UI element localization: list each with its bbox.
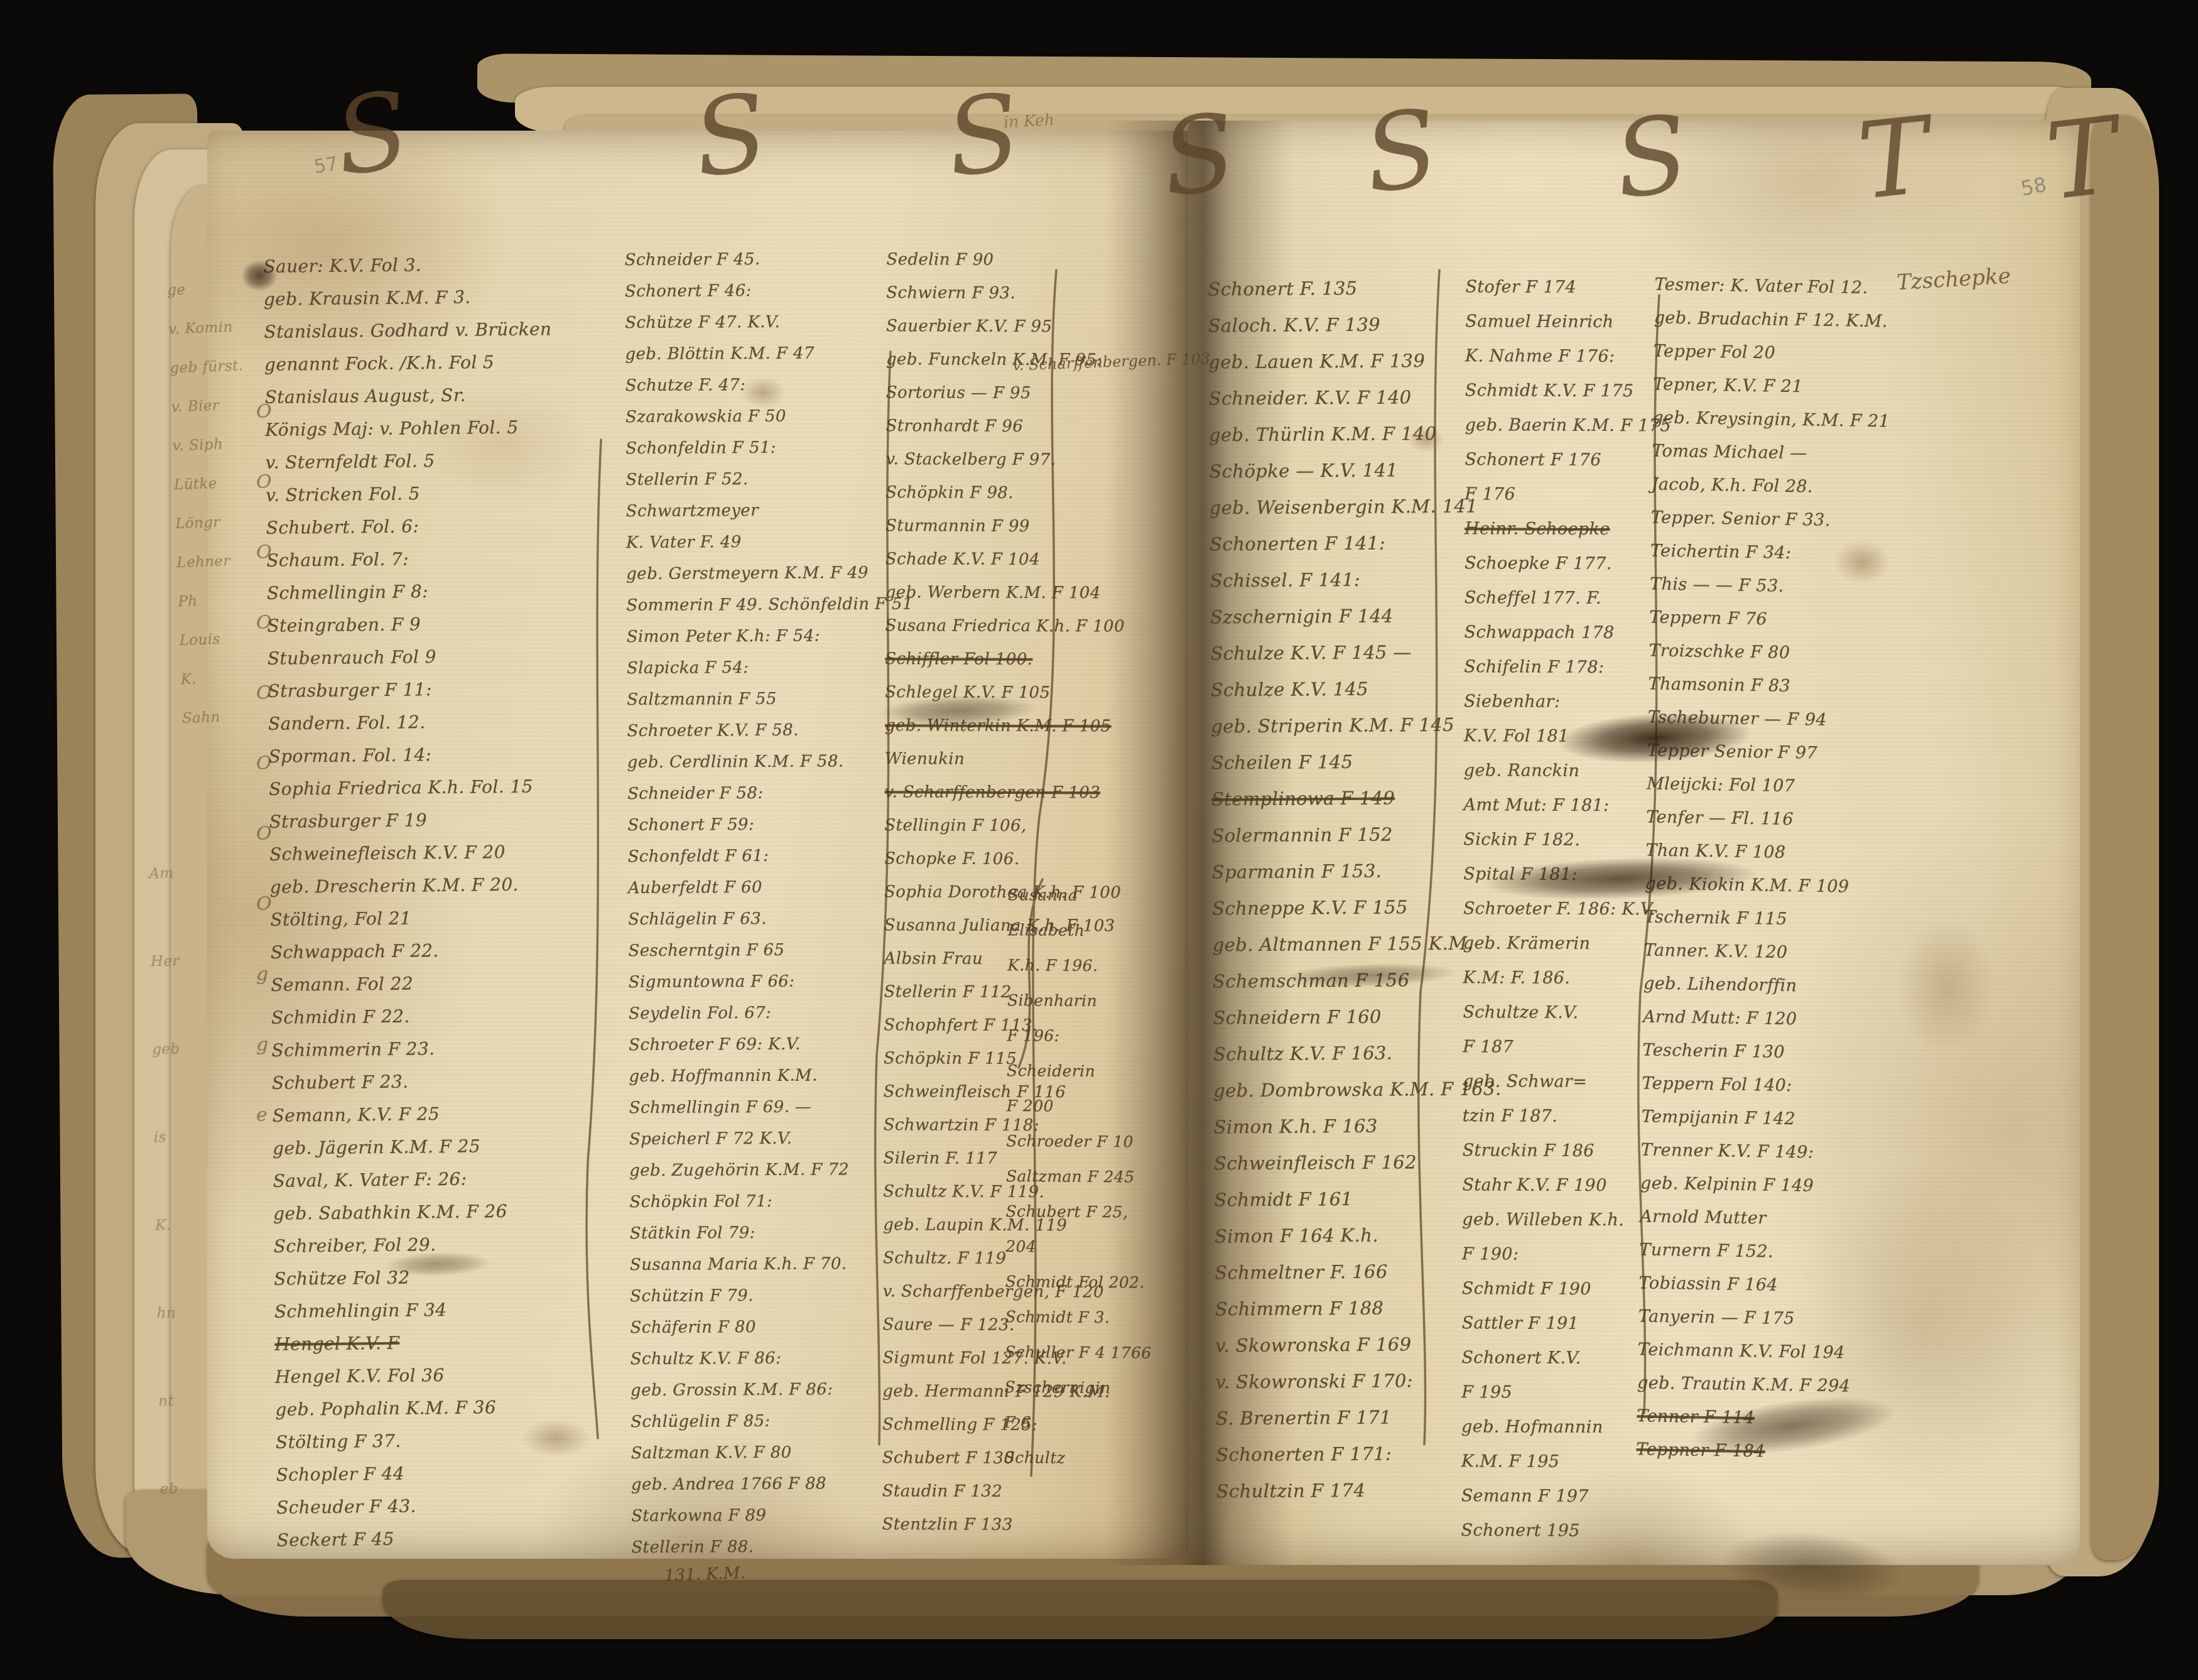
register-entry: v. Sternfeldt Fol. 5 <box>265 443 617 479</box>
register-entry: geb. Dombrowska K.M. F 163. <box>1213 1070 1490 1108</box>
edge-fragment: Sahn <box>181 695 302 738</box>
register-entry: Mleijcki: Fol 107 <box>1647 767 1930 805</box>
register-entry: Sortorius — F 95 <box>886 376 1144 410</box>
edge-fragment: geb <box>151 1004 247 1094</box>
section-letter-s: S <box>688 79 773 193</box>
register-entry: Szschernigin <box>1004 1370 1161 1406</box>
register-entry: Sporman. Fol. 14: <box>268 737 620 773</box>
register-entry: Tanner. K.V. 120 <box>1644 933 1927 971</box>
edge-fragment: v. Siph <box>172 423 293 466</box>
register-entry: F 6 <box>1004 1405 1161 1441</box>
register-entry: Sibenharin <box>1007 983 1164 1019</box>
register-entry: Tenfer — Fl. 116 <box>1646 800 1929 838</box>
register-entry: Arnd Mutt: F 120 <box>1643 1000 1926 1038</box>
register-entry: Saltzmannin F 55 <box>627 683 903 715</box>
register-entry: geb. Zugehörin K.M. F 72 <box>629 1154 906 1186</box>
register-entry: Schultz K.V. F 86: <box>631 1342 907 1375</box>
register-entry: Schimmern F 188 <box>1215 1289 1491 1327</box>
register-entry: Sauerbier K.V. F 95 <box>886 310 1144 344</box>
register-entry: Szarakowskia F 50 <box>625 400 902 433</box>
register-entry: geb. Andrea 1766 F 88 <box>631 1468 907 1500</box>
torn-edge-fragments-upper: gev. Komingeb fürst.v. Bierv. SiphLütkeL… <box>166 267 302 738</box>
register-entry: Schweinefleisch K.V. F 20 <box>269 835 622 871</box>
register-entry: Simon F 164 K.h. <box>1215 1216 1491 1254</box>
register-entry: Thamsonin F 83 <box>1648 668 1931 705</box>
register-entry: Schneider F 58: <box>627 777 904 810</box>
register-entry: Tesmer: K. Vater Fol 12. <box>1654 268 1937 306</box>
register-entry: v. Scharffenbergen F 103 <box>884 776 1142 810</box>
register-entry: v. Stackelberg F 97. <box>885 443 1143 477</box>
edge-fragment: Lütke <box>173 462 294 505</box>
footer-note: 131. K.M. <box>664 1564 746 1585</box>
edge-fragment: K. <box>180 656 301 700</box>
register-entry: Stölting F 37. <box>276 1423 628 1459</box>
edge-fragment: Louis <box>179 617 300 661</box>
register-entry: Tschernik F 115 <box>1644 900 1927 938</box>
register-entry: Schonert F. 135 <box>1208 269 1484 307</box>
edge-fragment: geb fürst. <box>169 345 290 388</box>
register-entry: Auberfeldt F 60 <box>628 871 904 904</box>
edge-fragment: eb <box>159 1444 254 1534</box>
register-entry: Scheiderin <box>1007 1053 1164 1090</box>
register-entry: Teppern F 76 <box>1649 601 1932 639</box>
register-entry: Schweinfleisch F 162 <box>1214 1143 1490 1181</box>
register-entry: geb. Grossin K.M. F 86: <box>631 1374 907 1406</box>
pencil-page-number-left: 57 <box>312 153 339 178</box>
register-entry: Turnern F 152. <box>1639 1233 1922 1271</box>
register-entry: F 196: <box>1007 1018 1164 1054</box>
register-entry: Arnold Mutter <box>1640 1200 1923 1237</box>
edge-fragment: Am <box>148 828 244 918</box>
margin-glyph: O <box>256 729 281 799</box>
register-entry: Susanna Maria K.h. F 70. <box>630 1248 906 1281</box>
register-entry: Hengel K.V. Fol 36 <box>275 1357 627 1394</box>
register-entry: Schroeder F 10 <box>1006 1124 1163 1160</box>
section-letter-s: S <box>1358 95 1444 209</box>
register-entry: Sedelin F 90 <box>886 243 1144 277</box>
register-entry: Tepper. Senior F 33. <box>1650 501 1934 539</box>
register-entry: geb. Pophalin K.M. F 36 <box>275 1390 627 1426</box>
register-entry: geb. Gerstmeyern K.M. F 49 <box>626 557 902 590</box>
register-entry: Stellingin F 106, <box>884 809 1142 843</box>
register-entry: Schneidern F 160 <box>1213 997 1489 1036</box>
register-entry: geb. Krausin K.M. F 3. <box>264 279 616 316</box>
register-entry: Saloch. K.V. F 139 <box>1208 305 1485 344</box>
register-entry: Sigmuntowna F 66: <box>629 965 905 998</box>
register-entry: Schubert F 25, <box>1005 1194 1162 1230</box>
register-entry: Schultz <box>1004 1440 1161 1477</box>
register-entry: Schöpkin Fol 71: <box>629 1185 906 1218</box>
register-entry: geb. Werbern K.M. F 104 <box>885 576 1143 610</box>
register-entry: Tempijanin F 142 <box>1641 1100 1924 1137</box>
register-entry: Schissel. F 141: <box>1210 560 1486 599</box>
register-entry: Schroeter K.V. F 58. <box>627 714 903 747</box>
register-entry: Schmidin F 22. <box>271 998 624 1034</box>
register-entry: Seydelin Fol. 67: <box>629 997 905 1029</box>
register-entry: 204 <box>1005 1229 1162 1265</box>
register-entry: Saval, K. Vater F: 26: <box>273 1161 625 1198</box>
register-entry: Sommerin F 49. Schönfeldin F 51 <box>626 588 902 621</box>
register-entry: Königs Maj: v. Pohlen Fol. 5 <box>265 410 617 447</box>
margin-glyph: O <box>256 869 281 940</box>
margin-glyph: g <box>256 1010 281 1080</box>
register-entry: Schäferin F 80 <box>630 1311 906 1343</box>
register-entry: Stentzlin F 133 <box>882 1508 1139 1542</box>
edge-fragment: v. Komin <box>168 306 288 349</box>
edge-fragment: Lehner <box>176 539 296 583</box>
top-edge-fragment: in Keh <box>1003 111 1054 131</box>
register-entry: Wienukin <box>885 742 1142 776</box>
register-entry: Schlägelin F 63. <box>628 902 904 935</box>
register-entry: Strasburger F 19 <box>269 802 621 838</box>
register-entry: Hengel K.V. F <box>274 1325 627 1361</box>
pencil-page-number-right: 58 <box>2019 172 2049 200</box>
register-entry: Schneider. K.V. F 140 <box>1208 378 1485 416</box>
register-entry: Sandern. Fol. 12. <box>268 704 620 740</box>
register-entry: Starkowna F 89 <box>631 1499 907 1532</box>
register-entry: Schöpkin F 98. <box>885 476 1143 510</box>
edge-fragment: Ph <box>177 578 298 622</box>
register-entry: Schmeltner F. 166 <box>1215 1252 1491 1291</box>
register-entry: Steingraben. F 9 <box>267 606 619 642</box>
register-entry: Stellerin F 52. <box>625 463 902 496</box>
register-entry: Schade K.V. F 104 <box>885 543 1143 577</box>
register-entry: Schimmerin F 23. <box>271 1031 624 1067</box>
register-entry: Scheuder F 43. <box>276 1488 629 1524</box>
register-entry: Jacob, K.h. Fol 28. <box>1651 468 1934 506</box>
register-entry: Schwiern F 93. <box>886 276 1144 310</box>
register-entry: Stätkin Fol 79: <box>630 1217 906 1249</box>
edge-fragment: Löngr <box>175 501 295 544</box>
edge-fragment: v. Bier <box>171 384 291 427</box>
register-entry: Schulze K.V. 145 <box>1211 669 1487 708</box>
register-entry: Elisabeth <box>1008 913 1165 949</box>
section-letter-s: S <box>1610 100 1694 214</box>
register-entry: geb. Jägerin K.M. F 25 <box>273 1129 625 1165</box>
register-entry: geb. Blöttin K.M. F 47 <box>625 337 901 370</box>
register-entry: Schonert F 46: <box>625 274 901 307</box>
register-entry: Tobiassin F 164 <box>1638 1266 1922 1304</box>
register-entry: Schubert F 23. <box>272 1063 624 1100</box>
register-entry: Schonert F 59: <box>627 808 904 841</box>
register-entry: geb. Thürlin K.M. F 140 <box>1209 415 1485 453</box>
section-letter-t: T <box>1853 102 1934 215</box>
register-entry: This — — F 53. <box>1650 568 1933 605</box>
edge-fragment: nt <box>158 1356 253 1446</box>
register-entry: Schulze K.V. F 145 — <box>1210 633 1486 671</box>
register-entry: Solermannin F 152 <box>1211 815 1488 854</box>
register-entry: v. Skowronski F 170: <box>1215 1362 1491 1400</box>
register-entry: Tanyerin — F 175 <box>1638 1299 1921 1337</box>
register-entry: geb. Cerdlinin K.M. F 58. <box>627 745 904 778</box>
register-entry: Schubert. Fol. 6: <box>266 508 618 545</box>
register-entry: Stellerin F 88. <box>631 1531 907 1563</box>
register-entry: geb. Kreysingin, K.M. F 21 <box>1652 401 1935 439</box>
register-entry: geb. Trautin K.M. F 294 <box>1637 1366 1920 1404</box>
register-entry: Schöpke — K.V. 141 <box>1209 451 1485 489</box>
register-entry: Schiffler Fol 100. <box>885 642 1142 676</box>
margin-glyph: e <box>256 1080 281 1151</box>
register-entry: geb. Weisenbergin K.M. 141 <box>1210 487 1486 526</box>
register-entry: Schütze F 47. K.V. <box>625 306 901 339</box>
register-entry: Schaum. Fol. 7: <box>266 541 619 577</box>
register-entry: Schroeter F 69: K.V. <box>629 1028 905 1061</box>
register-entry: Saltzman F 245 <box>1006 1159 1163 1195</box>
register-entry: geb. Lihendorffin <box>1643 967 1927 1004</box>
register-entry: Tepner, K.V. F 21 <box>1653 368 1936 406</box>
register-entry: Saltzman K.V. F 80 <box>631 1436 907 1469</box>
register-entry: Semann, K.V. F 25 <box>272 1096 624 1132</box>
register-entry: Tomas Michael — <box>1652 435 1935 472</box>
register-entry: geb. Striperin K.M. F 145 <box>1211 706 1487 744</box>
register-entry: Stubenrauch Fol 9 <box>268 639 620 675</box>
register-entry: Schützin F 79. <box>630 1279 906 1312</box>
register-entry: Trenner K.V. F 149: <box>1641 1133 1924 1171</box>
register-entry: Simon Peter K.h: F 54: <box>627 620 903 653</box>
register-entry: Schultz K.V. F 163. <box>1213 1034 1490 1072</box>
register-entry: Schmellingin F 69. — <box>629 1091 906 1124</box>
register-entry: Schopler F 44 <box>276 1455 628 1492</box>
edge-fragment: is <box>153 1092 249 1182</box>
register-entry: Schmidt F 161 <box>1214 1179 1490 1218</box>
register-entry: Schneider F 45. <box>625 243 901 276</box>
register-entry: Teichmann K.V. Fol 194 <box>1638 1333 1921 1370</box>
register-entry: v. Stricken Fol. 5 <box>266 475 618 512</box>
register-entry: F 200 <box>1007 1088 1164 1125</box>
register-entry: Schuller F 4 1766 <box>1005 1335 1162 1371</box>
register-entry: geb. Hoffmannin K.M. <box>629 1059 905 1092</box>
register-entry: geb. Altmannen F 155 K.M. <box>1212 924 1488 963</box>
ink-blot <box>241 260 278 291</box>
section-letter-s: S <box>330 77 415 191</box>
register-entry: geb. Lauen K.M. F 139 <box>1208 342 1485 380</box>
register-entry: geb. Brudachin F 12. K.M. <box>1654 301 1937 339</box>
register-entry: Schmidt F 3. <box>1005 1299 1162 1336</box>
margin-glyph: g <box>256 940 281 1010</box>
register-entry: Stanislaus August, Sr. <box>264 377 617 414</box>
manuscript-photo: 57 58 S Sauer: K.V. Fol 3.geb. Krausin K… <box>0 0 2198 1680</box>
register-entry: Semann. Fol 22 <box>271 965 623 1002</box>
register-entry: Teppern Fol 140: <box>1642 1066 1925 1104</box>
section-letter-s: S <box>941 79 1026 192</box>
register-entry: Schopke F. 106. <box>884 842 1142 876</box>
register-entry: Seckert F 45 <box>276 1520 629 1557</box>
register-entry: Stronhardt F 96 <box>885 409 1143 443</box>
register-entry: Schonerten F 171: <box>1216 1434 1492 1473</box>
register-entry: genannt Fock. /K.h. Fol 5 <box>264 345 617 381</box>
register-entry: Stemplinowa F 149 <box>1211 779 1488 817</box>
register-entry: Staudin F 132 <box>882 1475 1140 1509</box>
register-entry: Tescherin F 130 <box>1642 1033 1925 1071</box>
register-entry: Schneppe K.V. F 155 <box>1212 888 1488 926</box>
register-entry: Slapicka F 54: <box>627 651 903 684</box>
column-s-2: S Schneider F 45.Schonert F 46:Schütze F… <box>625 243 908 1563</box>
register-entry: Troizschke F 80 <box>1648 634 1932 672</box>
register-entry: geb. Drescherin K.M. F 20. <box>269 867 622 904</box>
register-entry: K.h. F 196. <box>1007 948 1164 984</box>
register-entry: Sauer: K.V. Fol 3. <box>263 247 615 283</box>
column-t-2: T Tzschepke <box>1897 263 2110 290</box>
edge-fragment: hn <box>156 1268 251 1358</box>
register-entry: Stanislaus. Godhard v. Brücken <box>264 312 616 349</box>
register-entry: Semann F 197 <box>1461 1478 1713 1514</box>
register-entry: Scheilen F 145 <box>1211 742 1487 781</box>
register-entry: geb. Kelpinin F 149 <box>1640 1166 1924 1204</box>
register-entry: Simon K.h. F 163 <box>1213 1107 1490 1145</box>
register-entry: K. Vater F. 49 <box>626 526 902 558</box>
edge-fragment: Her <box>150 916 246 1006</box>
register-entry: Strasburger F 11: <box>268 671 620 708</box>
register-entry: Susanna <box>1008 877 1165 914</box>
torn-edge-fragments-lower: AmHergebisK.hnnteb <box>148 828 255 1533</box>
section-letter-s: S <box>1157 99 1241 212</box>
register-entry: S. Brenertin F 171 <box>1216 1398 1492 1436</box>
register-entry: Sturmannin F 99 <box>885 509 1143 543</box>
register-entry: Schlügelin F 85: <box>631 1405 907 1438</box>
register-entry: Schultzin F 174 <box>1216 1471 1492 1509</box>
register-entry: geb. Sabathkin K.M. F 26 <box>273 1194 625 1230</box>
register-entry: Sparmanin F 153. <box>1212 852 1488 890</box>
register-entry: Schonert 195 <box>1461 1513 1712 1548</box>
column-s-5: S Schonert F. 135Saloch. K.V. F 139geb. … <box>1208 269 1493 1509</box>
register-entry: Szschernigin F 144 <box>1210 597 1486 635</box>
register-entry: Schmellingin F 8: <box>267 573 619 610</box>
register-entry: Schwartzmeyer <box>626 494 902 527</box>
register-entry: Teichertin F 34: <box>1650 534 1934 572</box>
section-letter-t: T <box>2041 102 2123 215</box>
register-entry: Tepper Fol 20 <box>1654 335 1937 372</box>
register-entry: Schmehlingin F 34 <box>274 1292 627 1328</box>
register-entry: Schmidt Fol 202. <box>1005 1264 1162 1301</box>
register-entry: Schonfeldin F 51: <box>625 431 902 464</box>
register-entry: Speicherl F 72 K.V. <box>629 1122 906 1155</box>
register-entry: Schutze F. 47: <box>625 369 902 401</box>
margin-glyph: O <box>256 799 281 869</box>
register-entry: Stölting, Fol 21 <box>270 900 622 936</box>
register-entry: Susana Friedrica K.h. F 100 <box>885 609 1142 643</box>
register-entry: Schonerten F 141: <box>1210 524 1486 562</box>
column-s-4: S SusannaElisabethK.h. F 196.SibenharinF… <box>1004 877 1166 1477</box>
column-s-1: S Sauer: K.V. Fol 3.geb. Krausin K.M. F … <box>263 247 629 1557</box>
register-entry: Sophia Friedrica K.h. Fol. 15 <box>269 769 621 806</box>
register-entry: v. Skowronska F 169 <box>1215 1325 1491 1363</box>
edge-fragment: K. <box>154 1180 250 1270</box>
register-entry: Sescherntgin F 65 <box>628 934 904 967</box>
register-entry: Schwappach F 22. <box>271 933 623 969</box>
register-entry: Schonfeldt F 61: <box>627 840 904 872</box>
